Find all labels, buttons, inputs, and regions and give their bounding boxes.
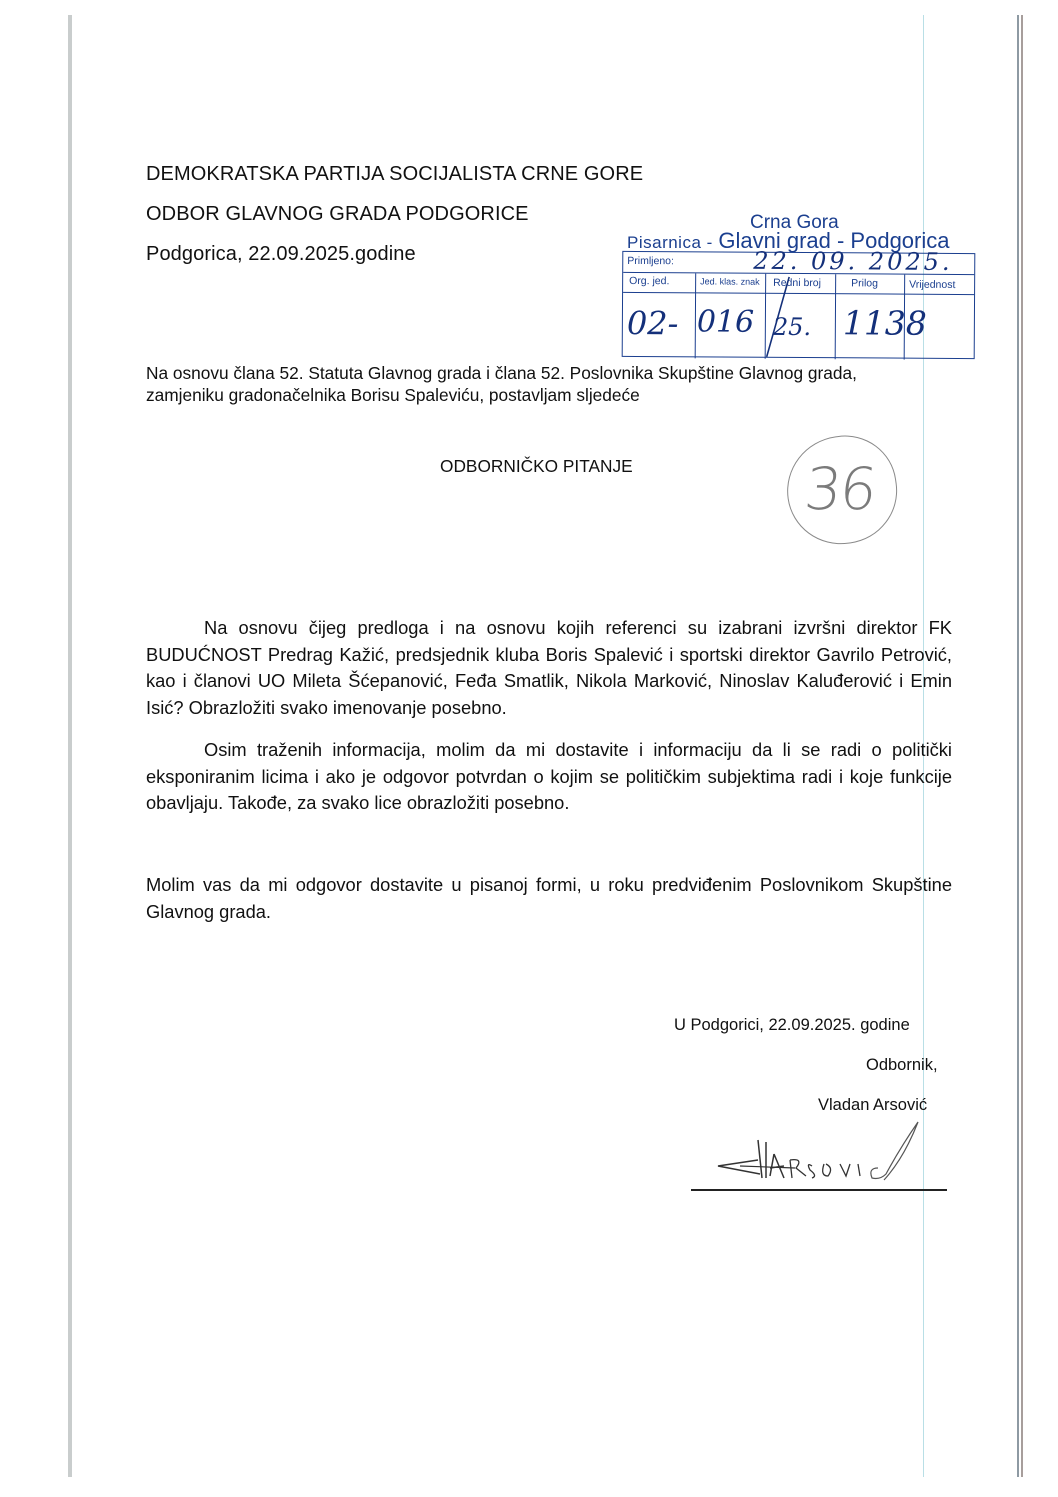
stamp-header-row: Org. jed. Jed. klas. znak Redni broj Pri… <box>623 273 974 295</box>
header-place-date: Podgorica, 22.09.2025.godine <box>146 243 416 266</box>
signature-place-date: U Podgorici, 22.09.2025. godine <box>674 1016 910 1035</box>
stamp-received-row: Primljeno: 22. 09. 2025. <box>623 252 974 275</box>
stamp-received-label: Primljeno: <box>627 255 674 267</box>
stamp-org-unit: 02- <box>627 304 679 342</box>
stamp-class-code: 016 <box>697 304 754 339</box>
stamp-attachment: 1138 <box>843 303 927 343</box>
signature-name: Vladan Arsović <box>818 1096 927 1115</box>
party-name: DEMOKRATSKA PARTIJA SOCIJALISTA CRNE GOR… <box>146 163 643 186</box>
stamp-office-prefix: Pisarnica - <box>627 233 713 252</box>
intro-line-1: Na osnovu člana 52. Statuta Glavnog grad… <box>146 363 857 384</box>
stamp-col-divider <box>835 274 837 359</box>
stamp-col-label: Org. jed. <box>629 275 669 287</box>
scan-edge-right <box>1017 15 1019 1477</box>
stamp-col-label: Prilog <box>851 277 878 289</box>
scan-edge-left <box>68 15 72 1477</box>
committee-name: ODBOR GLAVNOG GRADA PODGORICE <box>146 203 529 226</box>
response-request-paragraph: Molim vas da mi odgovor dostavite u pisa… <box>146 872 952 925</box>
document-title: ODBORNIČKO PITANJE <box>440 456 633 477</box>
intro-line-2: zamjeniku gradonačelnika Borisu Spalević… <box>146 385 640 406</box>
stamp-received-date: 22. 09. 2025. <box>753 247 952 276</box>
question-paragraph: Na osnovu čijeg predloga i na osnovu koj… <box>146 615 952 721</box>
paragraph-text: Osim traženih informacija, molim da mi d… <box>146 737 952 817</box>
paragraph-text: Na osnovu čijeg predloga i na osnovu koj… <box>146 615 952 721</box>
registry-stamp: Crna Gora Pisarnica - Glavni grad - Podg… <box>600 208 1000 368</box>
scan-edge-right-2 <box>1021 15 1023 1477</box>
paragraph-text: Molim vas da mi odgovor dostavite u pisa… <box>146 872 952 925</box>
signature-role: Odbornik, <box>866 1056 938 1075</box>
stamp-table: Primljeno: 22. 09. 2025. Org. jed. Jed. … <box>622 251 976 359</box>
signature-line <box>691 1189 947 1191</box>
stamp-slash <box>763 275 794 359</box>
info-request-paragraph: Osim traženih informacija, molim da mi d… <box>146 737 952 817</box>
stamp-col-label: Vrijednost <box>909 279 955 291</box>
handwritten-signature <box>700 1118 930 1188</box>
stamp-col-label: Jed. klas. znak <box>700 276 760 286</box>
handwritten-number: 36 <box>801 455 878 523</box>
